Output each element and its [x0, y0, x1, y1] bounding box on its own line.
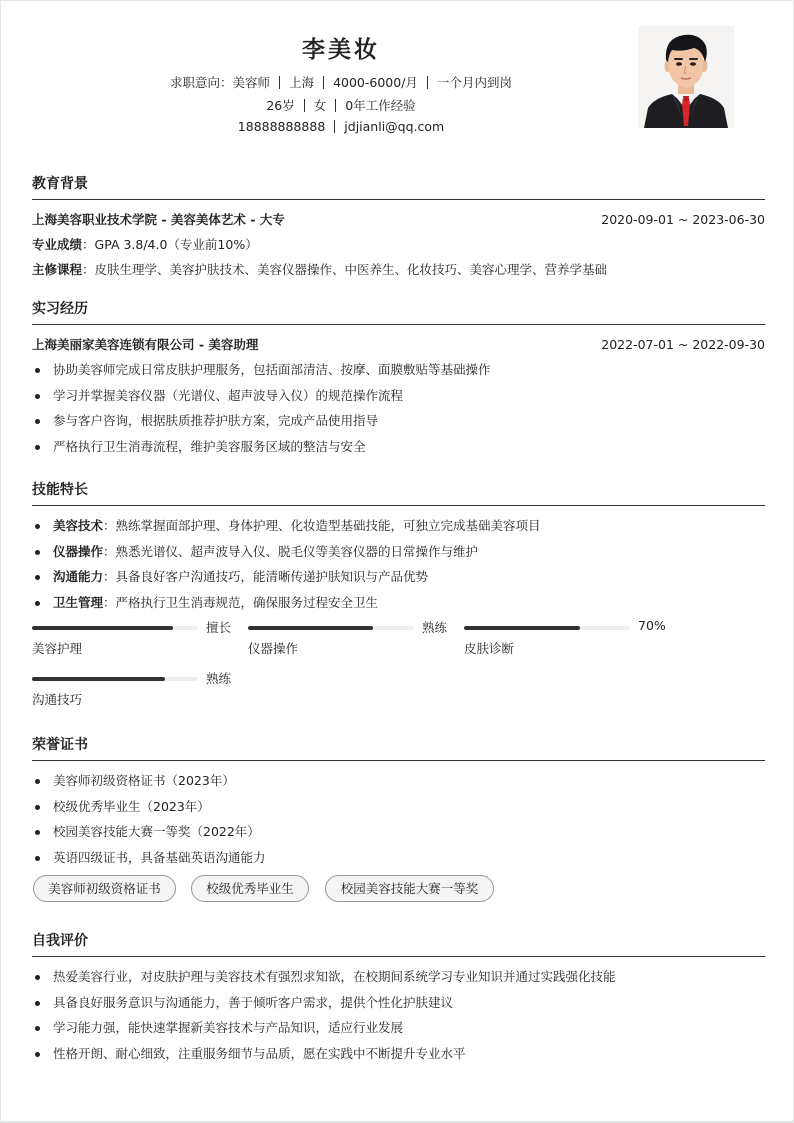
progress-fill: [248, 626, 373, 630]
job-intent: 求职意向：美容师: [170, 75, 270, 90]
list-item: 美容师初级资格证书（2023年）: [32, 768, 765, 794]
honor-tag: 校园美容技能大赛一等奖: [325, 875, 494, 902]
skill-text: ：具备良好客户沟通技巧，能清晰传递护肤知识与产品优势: [103, 569, 428, 584]
skill-level: 擅长: [206, 618, 231, 636]
email: jdjianli@qq.com: [344, 119, 444, 134]
experience: 0年工作经验: [345, 98, 415, 113]
divider: [323, 76, 324, 89]
skill-bars: 擅长 美容护理 熟练 仪器操作 70% 皮肤诊断 熟练 沟通技巧: [32, 615, 765, 715]
list-item: 参与客户咨询，根据肤质推荐护肤方案，完成产品使用指导: [32, 408, 765, 434]
section-title: 教育背景: [32, 173, 765, 200]
list-item: 校级优秀毕业生（2023年）: [32, 794, 765, 820]
divider: [427, 76, 428, 89]
progress-fill: [32, 626, 173, 630]
job-intent-line: 求职意向：美容师上海4000-6000/月一个月内到岗: [1, 73, 681, 91]
section-education: 教育背景 上海美容职业技术学院 - 美容美体艺术 - 大专 2020-09-01…: [32, 173, 765, 282]
resume-page: 李美妆 求职意向：美容师上海4000-6000/月一个月内到岗 26岁女0年工作…: [0, 0, 794, 1123]
gpa-label: 专业成绩: [32, 237, 82, 252]
age: 26岁: [266, 98, 294, 113]
list-item: 具备良好服务意识与沟通能力，善于倾听客户需求，提供个性化护肤建议: [32, 990, 765, 1016]
courses-label: 主修课程: [32, 262, 82, 277]
availability: 一个月内到岗: [437, 75, 512, 90]
skill-name: 皮肤诊断: [464, 639, 514, 657]
skill-name: 沟通技巧: [32, 690, 82, 708]
list-item: 学习能力强，能快速掌握新美容技术与产品知识，适应行业发展: [32, 1015, 765, 1041]
progress-track: [248, 626, 414, 630]
gpa-row: 专业成绩：GPA 3.8/4.0（专业前10%）: [32, 232, 765, 257]
city: 上海: [289, 75, 314, 90]
list-item: 学习并掌握美容仪器（光谱仪、超声波导入仪）的规范操作流程: [32, 383, 765, 409]
internship-entry: 上海美丽家美容连锁有限公司 - 美容助理 2022-07-01 ~ 2022-0…: [32, 332, 765, 357]
section-skills: 技能特长 美容技术：熟练掌握面部护理、身体护理、化妆造型基础技能，可独立完成基础…: [32, 479, 765, 715]
honors-list: 美容师初级资格证书（2023年） 校级优秀毕业生（2023年） 校园美容技能大赛…: [32, 768, 765, 870]
skill-bar: 擅长 美容护理: [32, 617, 248, 665]
list-item: 仪器操作：熟悉光谱仪、超声波导入仪、脱毛仪等美容仪器的日常操作与维护: [32, 539, 765, 565]
courses-value: ：皮肤生理学、美容护肤技术、美容仪器操作、中医养生、化妆技巧、美容心理学、营养学…: [82, 262, 607, 277]
list-item: 英语四级证书，具备基础英语沟通能力: [32, 845, 765, 871]
skill-level: 熟练: [206, 669, 231, 687]
list-item: 卫生管理：严格执行卫生消毒规范，确保服务过程安全卫生: [32, 590, 765, 616]
section-internship: 实习经历 上海美丽家美容连锁有限公司 - 美容助理 2022-07-01 ~ 2…: [32, 298, 765, 459]
skill-name: 美容护理: [32, 639, 82, 657]
list-item: 沟通能力：具备良好客户沟通技巧，能清晰传递护肤知识与产品优势: [32, 564, 765, 590]
candidate-name: 李美妆: [1, 31, 681, 64]
skill-bar: 熟练 仪器操作: [248, 617, 464, 665]
salary: 4000-6000/月: [333, 75, 418, 90]
section-honors: 荣誉证书 美容师初级资格证书（2023年） 校级优秀毕业生（2023年） 校园美…: [32, 734, 765, 905]
internship-duties: 协助美容师完成日常皮肤护理服务，包括面部清洁、按摩、面膜敷贴等基础操作 学习并掌…: [32, 357, 765, 459]
list-item: 校园美容技能大赛一等奖（2022年）: [32, 819, 765, 845]
section-title: 实习经历: [32, 298, 765, 325]
personal-info-line: 26岁女0年工作经验: [1, 96, 681, 114]
section-self-evaluation: 自我评价 热爱美容行业，对皮肤护理与美容技术有强烈求知欲，在校期间系统学习专业知…: [32, 930, 765, 1066]
resume-header: 李美妆 求职意向：美容师上海4000-6000/月一个月内到岗 26岁女0年工作…: [1, 1, 794, 151]
list-item: 热爱美容行业，对皮肤护理与美容技术有强烈求知欲，在校期间系统学习专业知识并通过实…: [32, 964, 765, 990]
contact-line: 18888888888jdjianli@qq.com: [1, 119, 681, 134]
skill-name: 仪器操作: [248, 639, 298, 657]
progress-track: [32, 677, 198, 681]
progress-fill: [464, 626, 580, 630]
list-item: 美容技术：熟练掌握面部护理、身体护理、化妆造型基础技能，可独立完成基础美容项目: [32, 513, 765, 539]
divider: [334, 120, 335, 133]
skill-text: ：熟悉光谱仪、超声波导入仪、脱毛仪等美容仪器的日常操作与维护: [103, 544, 478, 559]
avatar-illustration-icon: [638, 26, 734, 128]
skill-label: 卫生管理: [53, 595, 103, 610]
skill-level: 70%: [638, 618, 666, 633]
skill-label: 沟通能力: [53, 569, 103, 584]
skill-label: 美容技术: [53, 518, 103, 533]
honor-tag: 美容师初级资格证书: [33, 875, 176, 902]
self-evaluation-list: 热爱美容行业，对皮肤护理与美容技术有强烈求知欲，在校期间系统学习专业知识并通过实…: [32, 964, 765, 1066]
gpa-value: ：GPA 3.8/4.0（专业前10%）: [82, 237, 258, 252]
company-role: 上海美丽家美容连锁有限公司 - 美容助理: [32, 337, 258, 352]
skill-text: ：严格执行卫生消毒规范，确保服务过程安全卫生: [103, 595, 378, 610]
skill-text: ：熟练掌握面部护理、身体护理、化妆造型基础技能，可独立完成基础美容项目: [103, 518, 541, 533]
skill-bar: 70% 皮肤诊断: [464, 617, 680, 665]
divider: [279, 76, 280, 89]
divider: [304, 99, 305, 112]
skills-list: 美容技术：熟练掌握面部护理、身体护理、化妆造型基础技能，可独立完成基础美容项目 …: [32, 513, 765, 615]
phone: 18888888888: [238, 119, 325, 134]
divider: [335, 99, 336, 112]
section-title: 技能特长: [32, 479, 765, 506]
avatar: [638, 26, 734, 128]
education-entry: 上海美容职业技术学院 - 美容美体艺术 - 大专 2020-09-01 ~ 20…: [32, 207, 765, 232]
skill-level: 熟练: [422, 618, 447, 636]
gender: 女: [314, 98, 327, 113]
school-major-degree: 上海美容职业技术学院 - 美容美体艺术 - 大专: [32, 212, 285, 227]
skill-bar: 熟练 沟通技巧: [32, 668, 248, 716]
education-date: 2020-09-01 ~ 2023-06-30: [601, 207, 765, 232]
section-title: 自我评价: [32, 930, 765, 957]
skill-label: 仪器操作: [53, 544, 103, 559]
honor-tags: 美容师初级资格证书 校级优秀毕业生 校园美容技能大赛一等奖: [32, 875, 765, 905]
honor-tag: 校级优秀毕业生: [191, 875, 309, 902]
courses-row: 主修课程：皮肤生理学、美容护肤技术、美容仪器操作、中医养生、化妆技巧、美容心理学…: [32, 257, 765, 282]
progress-track: [32, 626, 198, 630]
list-item: 严格执行卫生消毒流程，维护美容服务区域的整洁与安全: [32, 434, 765, 460]
internship-date: 2022-07-01 ~ 2022-09-30: [601, 332, 765, 357]
progress-fill: [32, 677, 165, 681]
list-item: 协助美容师完成日常皮肤护理服务，包括面部清洁、按摩、面膜敷贴等基础操作: [32, 357, 765, 383]
list-item: 性格开朗、耐心细致，注重服务细节与品质，愿在实践中不断提升专业水平: [32, 1041, 765, 1067]
progress-track: [464, 626, 630, 630]
section-title: 荣誉证书: [32, 734, 765, 761]
